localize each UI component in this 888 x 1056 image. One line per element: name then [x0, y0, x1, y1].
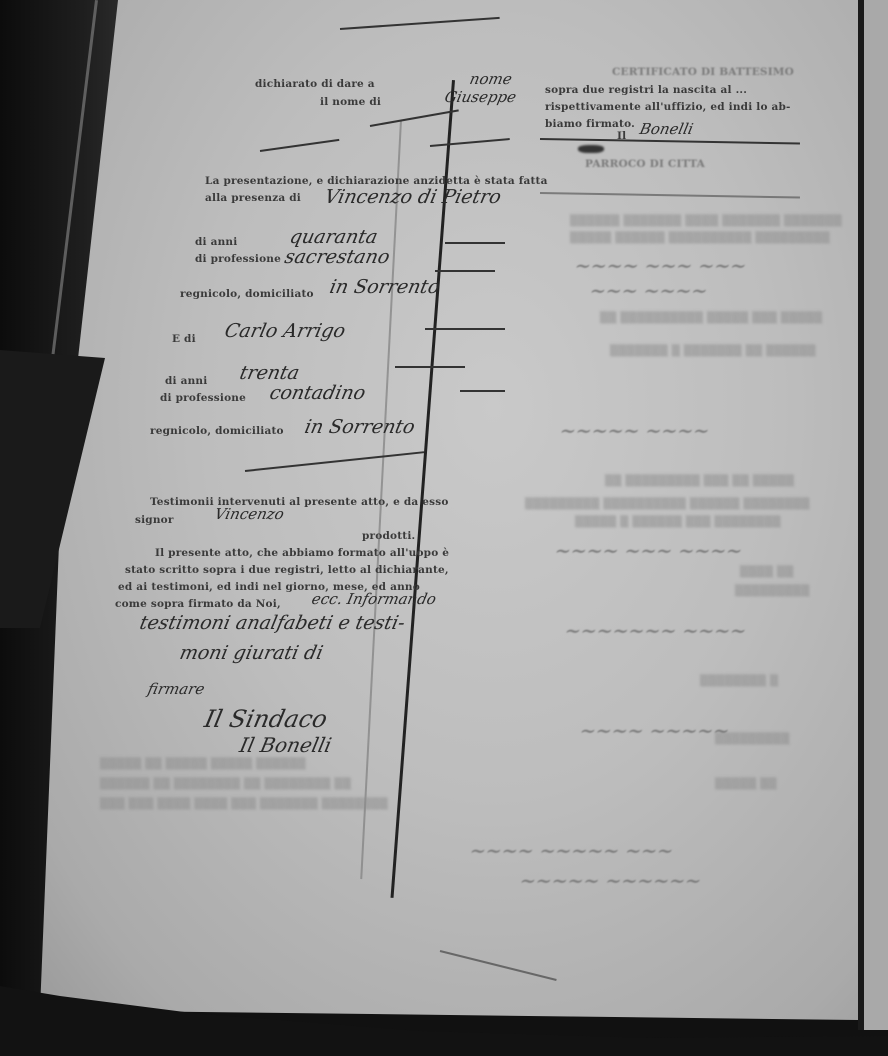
ghost-text: ▒▒▒▒▒▒▒▒▒ — [735, 585, 809, 597]
ghost-text: ▒▒▒▒▒ ▒ ▒▒▒▒▒▒ ▒▒▒ ▒▒▒▒▒▒▒▒ — [575, 516, 781, 528]
ghost-text: ▒▒▒▒▒ ▒▒ — [715, 778, 777, 790]
fill-line — [395, 366, 465, 368]
ghost-text: ▒▒ ▒▒▒▒▒▒▒▒▒▒ ▒▒▒▒▒ ▒▒▒ ▒▒▒▒▒ — [600, 312, 822, 324]
header-hand-2: Giuseppe — [443, 88, 518, 106]
witness-sentence-1: Testimonii intervenuti al presente atto,… — [150, 496, 449, 508]
witness-sentence-hand: Vincenzo — [213, 505, 286, 523]
fill-line — [425, 328, 505, 330]
right-page-edge — [858, 0, 888, 1030]
w2-age-hand: trenta — [238, 362, 302, 384]
w1-age-label: di anni — [195, 236, 237, 248]
w1-profession-hand: sacrestano — [283, 246, 392, 268]
ghost-text: ▒▒▒▒▒ ▒▒ ▒▒▒▒▒ ▒▒▒▒▒ ▒▒▒▒▒▒ — [100, 758, 306, 770]
ghost-text: ▒▒▒ ▒▒▒ ▒▒▒▒ ▒▒▒▒ ▒▒▒ ▒▒▒▒▒▒▒ ▒▒▒▒▒▒▒▒ — [100, 798, 388, 810]
closing-line-4: come sopra firmato da Noi, — [115, 598, 281, 610]
w2-name-label: E di — [172, 333, 196, 345]
faint-handwriting: ~~~~~~~ ~~~~ — [563, 620, 749, 642]
signature-bonelli: Il Bonelli — [237, 733, 333, 757]
signature-sindaco: Il Sindaco — [202, 705, 330, 733]
w2-name-hand: Carlo Arrigo — [223, 320, 348, 342]
faint-handwriting: ~~~~ ~~~ ~~~~ — [553, 540, 745, 562]
w2-residence-label: regnicolo, domiciliato — [150, 425, 284, 437]
w2-age-label: di anni — [165, 375, 207, 387]
closing-hand-4: firmare — [146, 680, 206, 698]
fill-line — [435, 270, 495, 272]
ledger-page — [40, 0, 865, 1020]
faint-handwriting: ~~~~ ~~~ ~~~ — [573, 255, 749, 277]
faint-handwriting: ~~~~~ ~~~~ — [558, 420, 712, 442]
presentation-hand: Vincenzo di Pietro — [323, 186, 504, 208]
witness-sentence-label: signor — [135, 514, 174, 526]
w1-age-hand: quaranta — [288, 226, 380, 248]
header-label-2: il nome di — [320, 96, 381, 108]
ghost-text: ▒▒▒▒▒▒ ▒▒ ▒▒▒▒▒▒▒▒ ▒▒ ▒▒▒▒▒▒▒▒ ▒▒ — [100, 778, 351, 790]
ghost-text: ▒▒▒▒▒ ▒▒▒▒▒▒ ▒▒▒▒▒▒▒▒▒▒ ▒▒▒▒▒▒▒▒▒ — [570, 232, 830, 244]
witness-sentence-2: prodotti. — [362, 530, 415, 542]
w2-profession-hand: contadino — [268, 382, 368, 404]
faint-handwriting: ~~~~ ~~~~~ — [578, 720, 732, 742]
w2-profession-label: di professione — [160, 392, 246, 404]
fill-line — [460, 390, 505, 392]
ghost-text: ▒▒▒▒▒▒ ▒▒▒▒▒▒▒ ▒▒▒▒ ▒▒▒▒▒▒▒ ▒▒▒▒▒▒▒ — [570, 215, 842, 227]
right-signature-hand: Bonelli — [638, 120, 695, 138]
faint-handwriting: ~~~ ~~~~ — [588, 280, 710, 302]
right-header-faint: CERTIFICATO DI BATTESIMO — [612, 66, 794, 78]
closing-hand-1: ecc. Informando — [310, 590, 438, 608]
presentation-label: alla presenza di — [205, 192, 301, 204]
ghost-text: ▒▒▒▒▒▒▒ ▒ ▒▒▒▒▒▒▒ ▒▒ ▒▒▒▒▒▒ — [610, 345, 816, 357]
fill-line — [445, 242, 505, 244]
header-label-1: dichiarato di dare a — [255, 78, 375, 90]
header-hand-1: nome — [468, 70, 514, 88]
ghost-text: ▒▒▒▒▒▒▒▒▒ ▒▒▒▒▒▒▒▒▒▒ ▒▒▒▒▒▒ ▒▒▒▒▒▒▒▒ — [525, 498, 810, 510]
right-line-1: sopra due registri la nascita al ... — [545, 84, 747, 96]
w1-profession-label: di professione — [195, 253, 281, 265]
w1-residence-label: regnicolo, domiciliato — [180, 288, 314, 300]
w1-residence-hand: in Sorrento — [328, 276, 442, 298]
ghost-text: ▒▒ ▒▒▒▒▒▒▒▒▒ ▒▒▒ ▒▒ ▒▒▒▒▒ — [605, 475, 794, 487]
right-line-2: rispettivamente all'uffizio, ed indi lo … — [545, 101, 791, 113]
closing-hand-2: testimoni analfabeti e testi- — [138, 612, 407, 634]
right-subheader-faint: PARROCO DI CITTA — [585, 158, 705, 170]
faint-handwriting: ~~~~ ~~~~~ ~~~ — [468, 840, 676, 862]
faint-handwriting: ~~~~~ ~~~~~~ — [518, 870, 704, 892]
ghost-text: ▒▒▒▒▒▒▒▒ ▒ — [700, 675, 778, 687]
ghost-text: ▒▒▒▒ ▒▒ — [740, 566, 794, 578]
ink-blot — [578, 145, 604, 153]
right-line-3: biamo firmato. — [545, 118, 635, 130]
closing-line-2: stato scritto sopra i due registri, lett… — [125, 564, 449, 576]
w2-residence-hand: in Sorrento — [303, 416, 417, 438]
closing-line-1: Il presente atto, che abbiamo formato al… — [155, 547, 449, 559]
closing-hand-3: moni giurati di — [178, 642, 325, 664]
